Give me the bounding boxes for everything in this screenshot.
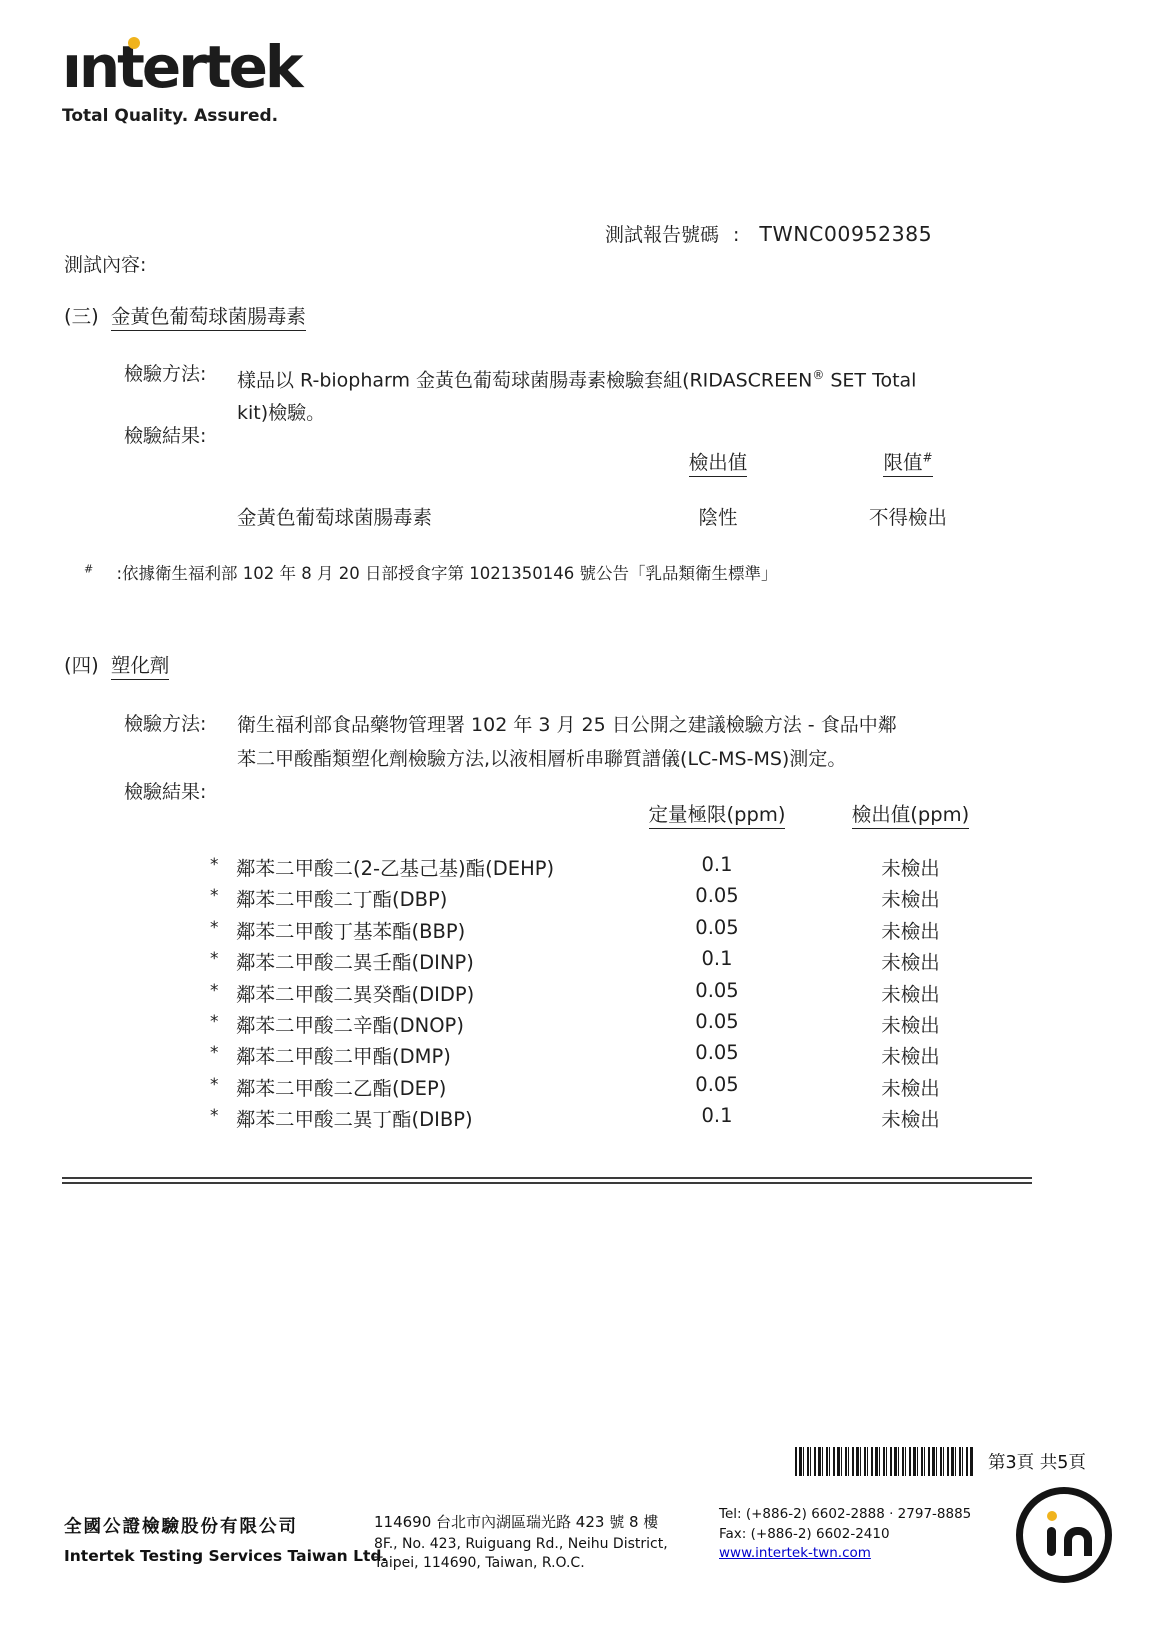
report-number-separator: : xyxy=(733,224,739,246)
method-text-part2: SET Total xyxy=(824,369,916,391)
in-logo-n-shape xyxy=(1064,1527,1092,1556)
table-row: *鄰苯二甲酸二異癸酯(DIDP)0.05未檢出 xyxy=(0,979,1160,1010)
detection-result: 未檢出 xyxy=(838,1104,983,1132)
substance-name: 鄰苯二甲酸二異丁酯(DIBP) xyxy=(236,1104,473,1132)
section3-number: (三) xyxy=(64,305,99,328)
quantitation-limit-value: 0.05 xyxy=(632,1073,802,1096)
registered-trademark-mark: ® xyxy=(812,368,824,382)
substance-name: 鄰苯二甲酸二異癸酯(DIDP) xyxy=(236,979,474,1007)
detection-result: 未檢出 xyxy=(838,916,983,944)
quantitation-limit-value: 0.05 xyxy=(632,1041,802,1064)
footnote-mark: # xyxy=(84,563,93,576)
substance-name: 鄰苯二甲酸二辛酯(DNOP) xyxy=(236,1010,464,1038)
quantitation-limit-value: 0.05 xyxy=(632,916,802,939)
quantitation-limit-value: 0.1 xyxy=(632,853,802,876)
logo-tagline: Total Quality. Assured. xyxy=(62,106,300,126)
intertek-in-circle-icon xyxy=(1016,1487,1112,1583)
row-asterisk: * xyxy=(210,981,219,1001)
table1-row-limit: 不得檢出 xyxy=(843,502,973,530)
section3-result-label: 檢驗結果: xyxy=(124,421,206,448)
table-row: *鄰苯二甲酸二(2-乙基己基)酯(DEHP)0.1未檢出 xyxy=(0,853,1160,884)
website-link[interactable]: www.intertek-twn.com xyxy=(719,1545,871,1561)
section3-method-label: 檢驗方法: xyxy=(124,359,206,386)
section3-method-text: 樣品以 R-biopharm 金黃色葡萄球菌腸毒素檢驗套組(RIDASCREEN… xyxy=(237,359,1027,430)
intertek-logo: ıntertek Total Quality. Assured. xyxy=(62,38,300,126)
table-row: *鄰苯二甲酸丁基苯酯(BBP)0.05未檢出 xyxy=(0,916,1160,947)
table1-row-value: 陰性 xyxy=(658,502,778,530)
test-report-page: ıntertek Total Quality. Assured. 測試報告號碼 … xyxy=(0,0,1160,1641)
in-logo-yellow-dot-icon xyxy=(1047,1511,1057,1521)
section4-heading: (四) 塑化劑 xyxy=(64,650,169,678)
intertek-wordmark: ıntertek xyxy=(62,38,300,96)
quantitation-limit-value: 0.1 xyxy=(632,947,802,970)
table-row: *鄰苯二甲酸二異壬酯(DINP)0.1未檢出 xyxy=(0,947,1160,978)
section4-method-text: 衛生福利部食品藥物管理署 102 年 3 月 25 日公開之建議檢驗方法 - 食… xyxy=(237,709,1037,776)
detection-result: 未檢出 xyxy=(838,979,983,1007)
logo-letters-rest: ntertek xyxy=(79,33,301,101)
row-asterisk: * xyxy=(210,855,219,875)
row-asterisk: * xyxy=(210,1043,219,1063)
row-asterisk: * xyxy=(210,886,219,906)
address-en-line2: Taipei, 114690, Taiwan, R.O.C. xyxy=(374,1554,668,1573)
company-name-en: Intertek Testing Services Taiwan Ltd. xyxy=(64,1547,387,1565)
method-text-part1: 樣品以 R-biopharm 金黃色葡萄球菌腸毒素檢驗套組(RIDASCREEN xyxy=(237,369,812,391)
detection-result: 未檢出 xyxy=(838,947,983,975)
address-zh: 114690 台北市內湖區瑞光路 423 號 8 樓 xyxy=(374,1513,668,1532)
table2-header-quantitation-limit: 定量極限(ppm) xyxy=(632,799,802,827)
fax-line: Fax: (+886-2) 6602-2410 xyxy=(719,1525,971,1545)
table2-header-detected-value: 檢出值(ppm) xyxy=(838,799,983,827)
barcode xyxy=(795,1447,973,1476)
detection-result: 未檢出 xyxy=(838,1010,983,1038)
table1-header-detected-value: 檢出值 xyxy=(658,447,778,475)
section4-title: 塑化劑 xyxy=(111,654,170,680)
method4-line2: 苯二甲酸酯類塑化劑檢驗方法,以液相層析串聯質譜儀(LC-MS-MS)測定。 xyxy=(237,748,846,770)
substance-name: 鄰苯二甲酸二異壬酯(DINP) xyxy=(236,947,474,975)
quantitation-limit-value: 0.05 xyxy=(632,1010,802,1033)
quantitation-limit-value: 0.05 xyxy=(632,884,802,907)
row-asterisk: * xyxy=(210,1075,219,1095)
section4-method-label: 檢驗方法: xyxy=(124,709,206,736)
detection-result: 未檢出 xyxy=(838,884,983,912)
method-text-line2: kit)檢驗。 xyxy=(237,402,325,424)
table-row: *鄰苯二甲酸二乙酯(DEP)0.05未檢出 xyxy=(0,1073,1160,1104)
row-asterisk: * xyxy=(210,1106,219,1126)
row-asterisk: * xyxy=(210,1012,219,1032)
section4-result-label: 檢驗結果: xyxy=(124,777,206,804)
table1-header-limit: 限值# xyxy=(853,447,963,475)
substance-name: 鄰苯二甲酸丁基苯酯(BBP) xyxy=(236,916,465,944)
quantitation-limit-value: 0.05 xyxy=(632,979,802,1002)
table-row: *鄰苯二甲酸二甲酯(DMP)0.05未檢出 xyxy=(0,1041,1160,1072)
row-asterisk: * xyxy=(210,949,219,969)
plasticizer-table-rows: *鄰苯二甲酸二(2-乙基己基)酯(DEHP)0.1未檢出*鄰苯二甲酸二丁酯(DB… xyxy=(0,853,1160,1136)
substance-name: 鄰苯二甲酸二(2-乙基己基)酯(DEHP) xyxy=(236,853,554,881)
in-logo-i-stem xyxy=(1047,1527,1056,1556)
test-content-label: 測試內容: xyxy=(64,250,146,277)
footnote: # :依據衛生福利部 102 年 8 月 20 日部授食字第 102135014… xyxy=(84,560,777,584)
method4-line1: 衛生福利部食品藥物管理署 102 年 3 月 25 日公開之建議檢驗方法 - 食… xyxy=(237,714,897,736)
logo-letter-i: ı xyxy=(62,38,79,96)
logo-yellow-dot-icon xyxy=(128,37,140,49)
report-number-label: 測試報告號碼 xyxy=(605,220,719,247)
tel-line: Tel: (+886-2) 6602-2888 · 2797-8885 xyxy=(719,1505,971,1525)
page-indicator: 第3頁 共5頁 xyxy=(988,1449,1086,1474)
substance-name: 鄰苯二甲酸二甲酯(DMP) xyxy=(236,1041,451,1069)
report-number-line: 測試報告號碼 : TWNC00952385 xyxy=(605,220,932,247)
footer-company: 全國公證檢驗股份有限公司 Intertek Testing Services T… xyxy=(64,1513,387,1565)
row-asterisk: * xyxy=(210,918,219,938)
substance-name: 鄰苯二甲酸二丁酯(DBP) xyxy=(236,884,447,912)
quantitation-limit-value: 0.1 xyxy=(632,1104,802,1127)
table-row: *鄰苯二甲酸二丁酯(DBP)0.05未檢出 xyxy=(0,884,1160,915)
section4-number: (四) xyxy=(64,654,99,677)
section3-heading: (三) 金黃色葡萄球菌腸毒素 xyxy=(64,301,306,329)
report-number-value: TWNC00952385 xyxy=(759,222,932,246)
double-rule-divider xyxy=(62,1177,1032,1184)
footer-contact: Tel: (+886-2) 6602-2888 · 2797-8885 Fax:… xyxy=(719,1505,971,1564)
detection-result: 未檢出 xyxy=(838,1041,983,1069)
limit-footnote-mark: # xyxy=(922,451,932,465)
address-en-line1: 8F., No. 423, Ruiguang Rd., Neihu Distri… xyxy=(374,1535,668,1554)
table-row: *鄰苯二甲酸二辛酯(DNOP)0.05未檢出 xyxy=(0,1010,1160,1041)
footer-address: 114690 台北市內湖區瑞光路 423 號 8 樓 8F., No. 423,… xyxy=(374,1513,668,1573)
substance-name: 鄰苯二甲酸二乙酯(DEP) xyxy=(236,1073,446,1101)
detection-result: 未檢出 xyxy=(838,1073,983,1101)
table1-row-name: 金黃色葡萄球菌腸毒素 xyxy=(237,502,432,530)
table-row: *鄰苯二甲酸二異丁酯(DIBP)0.1未檢出 xyxy=(0,1104,1160,1135)
footnote-text: :依據衛生福利部 102 年 8 月 20 日部授食字第 1021350146 … xyxy=(116,564,777,583)
detection-result: 未檢出 xyxy=(838,853,983,881)
section3-title: 金黃色葡萄球菌腸毒素 xyxy=(111,305,306,331)
company-name-zh: 全國公證檢驗股份有限公司 xyxy=(64,1513,387,1538)
